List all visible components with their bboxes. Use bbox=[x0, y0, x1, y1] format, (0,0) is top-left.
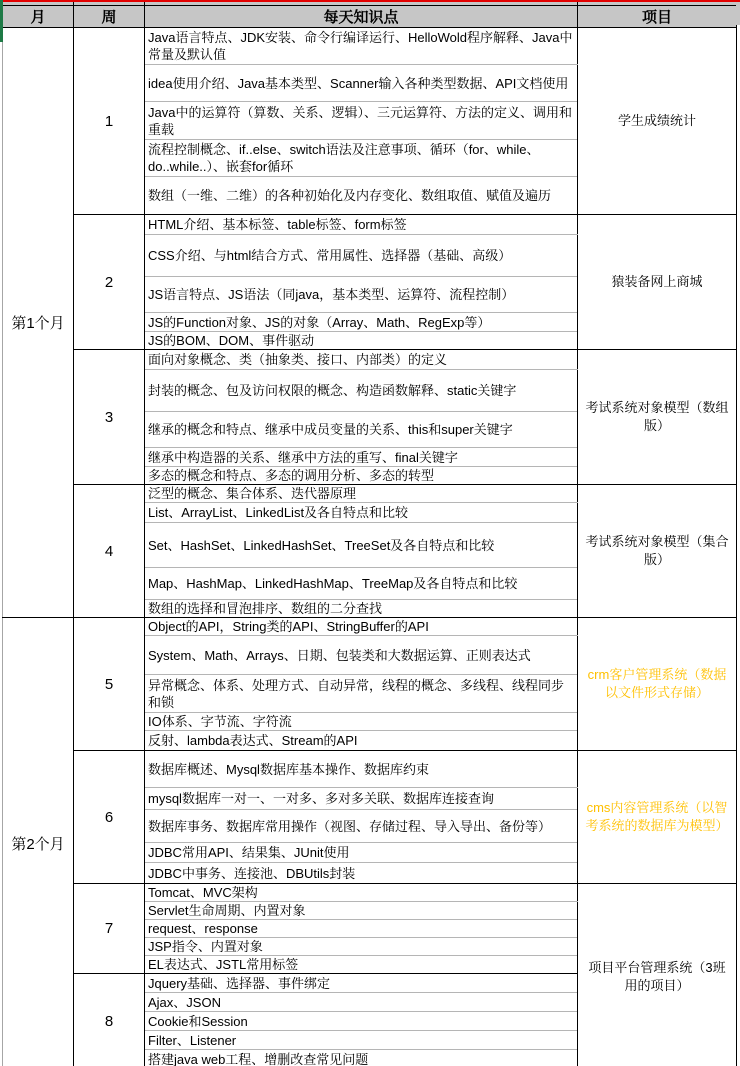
project-cell[interactable]: 猿装备网上商城 bbox=[578, 215, 737, 350]
project-cell[interactable]: 考试系统对象模型（数组版） bbox=[578, 350, 737, 485]
topic-cell[interactable]: Java语言特点、JDK安装、命令行编译运行、HelloWold程序解释、Jav… bbox=[145, 28, 578, 65]
topic-cell[interactable]: JS的BOM、DOM、事件驱动 bbox=[145, 332, 578, 350]
curriculum-table: 月 周 每天知识点 项目 第1个月 1 Java语言特点、JDK安装、命令行编译… bbox=[2, 0, 737, 1066]
project-cell[interactable]: cms内容管理系统（以智考系统的数据库为模型） bbox=[578, 751, 737, 884]
month-cell[interactable]: 第2个月 bbox=[3, 618, 74, 1066]
topic-cell[interactable]: JDBC常用API、结果集、JUnit使用 bbox=[145, 843, 578, 863]
topic-cell[interactable]: request、response bbox=[145, 920, 578, 938]
topic-cell[interactable]: 泛型的概念、集合体系、迭代器原理 bbox=[145, 485, 578, 503]
topic-cell[interactable]: idea使用介绍、Java基本类型、Scanner输入各种类型数据、API文档使… bbox=[145, 65, 578, 102]
topic-cell[interactable]: System、Math、Arrays、日期、包装类和大数据运算、正则表达式 bbox=[145, 636, 578, 675]
topic-cell[interactable]: 封装的概念、包及访问权限的概念、构造函数解释、static关键字 bbox=[145, 370, 578, 412]
topic-cell[interactable]: Ajax、JSON bbox=[145, 993, 578, 1012]
topic-cell[interactable]: Jquery基础、选择器、事件绑定 bbox=[145, 974, 578, 993]
red-bottom-line bbox=[0, 0, 740, 2]
table-row: 6 数据库概述、Mysql数据库基本操作、数据库约束 cms内容管理系统（以智考… bbox=[3, 751, 737, 788]
project-cell[interactable]: 项目平台管理系统（3班用的项目） bbox=[578, 884, 737, 1066]
topic-cell[interactable]: HTML介绍、基本标签、table标签、form标签 bbox=[145, 215, 578, 235]
week-cell[interactable]: 5 bbox=[74, 618, 145, 751]
week-cell[interactable]: 8 bbox=[74, 974, 145, 1066]
project-cell[interactable]: 学生成绩统计 bbox=[578, 28, 737, 215]
topic-cell[interactable]: Servlet生命周期、内置对象 bbox=[145, 902, 578, 920]
topic-cell[interactable]: Map、HashMap、LinkedHashMap、TreeMap及各自特点和比… bbox=[145, 568, 578, 600]
topic-cell[interactable]: 数据库概述、Mysql数据库基本操作、数据库约束 bbox=[145, 751, 578, 788]
table-row: 4 泛型的概念、集合体系、迭代器原理 考试系统对象模型（集合版） bbox=[3, 485, 737, 503]
header-month[interactable]: 月 bbox=[3, 6, 74, 28]
table-row: 2 HTML介绍、基本标签、table标签、form标签 猿装备网上商城 bbox=[3, 215, 737, 235]
topic-cell[interactable]: 继承中构造器的关系、继承中方法的重写、final关键字 bbox=[145, 448, 578, 467]
topic-cell[interactable]: List、ArrayList、LinkedList及各自特点和比较 bbox=[145, 503, 578, 523]
week-cell[interactable]: 2 bbox=[74, 215, 145, 350]
topic-cell[interactable]: 数组（一维、二维）的各种初始化及内存变化、数组取值、赋值及遍历 bbox=[145, 177, 578, 215]
topic-cell[interactable]: JS的Function对象、JS的对象（Array、Math、RegExp等） bbox=[145, 313, 578, 332]
week-cell[interactable]: 6 bbox=[74, 751, 145, 884]
topic-cell[interactable]: 多态的概念和特点、多态的调用分析、多态的转型 bbox=[145, 467, 578, 485]
topic-cell[interactable]: 继承的概念和特点、继承中成员变量的关系、this和super关键字 bbox=[145, 412, 578, 448]
topic-cell[interactable]: Java中的运算符（算数、关系、逻辑）、三元运算符、方法的定义、调用和重载 bbox=[145, 102, 578, 140]
topic-cell[interactable]: CSS介绍、与html结合方式、常用属性、选择器（基础、高级） bbox=[145, 235, 578, 277]
table-row: 3 面向对象概念、类（抽象类、接口、内部类）的定义 考试系统对象模型（数组版） bbox=[3, 350, 737, 370]
topic-cell[interactable]: 数组的选择和冒泡排序、数组的二分查找 bbox=[145, 600, 578, 618]
project-cell[interactable]: 考试系统对象模型（集合版） bbox=[578, 485, 737, 618]
spreadsheet-screenshot: 月 周 每天知识点 项目 第1个月 1 Java语言特点、JDK安装、命令行编译… bbox=[0, 0, 740, 1066]
week-cell[interactable]: 3 bbox=[74, 350, 145, 485]
topic-cell[interactable]: Set、HashSet、LinkedHashSet、TreeSet及各自特点和比… bbox=[145, 523, 578, 568]
topic-cell[interactable]: mysql数据库一对一、一对多、多对多关联、数据库连接查询 bbox=[145, 788, 578, 810]
month-cell[interactable]: 第1个月 bbox=[3, 28, 74, 618]
project-cell[interactable]: crm客户管理系统（数据以文件形式存储） bbox=[578, 618, 737, 751]
week-cell[interactable]: 4 bbox=[74, 485, 145, 618]
header-week[interactable]: 周 bbox=[74, 6, 145, 28]
week-cell[interactable]: 1 bbox=[74, 28, 145, 215]
topic-cell[interactable]: Filter、Listener bbox=[145, 1031, 578, 1050]
topic-cell[interactable]: 反射、lambda表达式、Stream的API bbox=[145, 731, 578, 751]
topic-cell[interactable]: Object的API，String类的API、StringBuffer的API bbox=[145, 618, 578, 636]
header-project[interactable]: 项目 bbox=[578, 6, 737, 28]
header-topics[interactable]: 每天知识点 bbox=[145, 6, 578, 28]
right-cutoff-column-sliver bbox=[736, 0, 740, 25]
topic-cell[interactable]: JDBC中事务、连接池、DBUtils封装 bbox=[145, 863, 578, 884]
topic-cell[interactable]: 异常概念、体系、处理方式、自动异常，线程的概念、多线程、线程同步和锁 bbox=[145, 675, 578, 713]
week-cell[interactable]: 7 bbox=[74, 884, 145, 974]
topic-cell[interactable]: 流程控制概念、if..else、switch语法及注意事项、循环（for、whi… bbox=[145, 140, 578, 177]
topic-cell[interactable]: 面向对象概念、类（抽象类、接口、内部类）的定义 bbox=[145, 350, 578, 370]
topic-cell[interactable]: Cookie和Session bbox=[145, 1012, 578, 1031]
topic-cell[interactable]: JSP指令、内置对象 bbox=[145, 938, 578, 956]
topic-cell[interactable]: IO体系、字节流、字符流 bbox=[145, 713, 578, 731]
table-row: 第2个月 5 Object的API，String类的API、StringBuff… bbox=[3, 618, 737, 636]
topic-cell[interactable]: 搭建java web工程、增删改查常见问题 bbox=[145, 1050, 578, 1066]
topic-cell[interactable]: 数据库事务、数据库常用操作（视图、存储过程、导入导出、备份等） bbox=[145, 810, 578, 843]
green-edge-marker bbox=[0, 0, 3, 42]
header-row: 月 周 每天知识点 项目 bbox=[3, 6, 737, 28]
topic-cell[interactable]: JS语言特点、JS语法（同java，基本类型、运算符、流程控制） bbox=[145, 277, 578, 313]
topic-cell[interactable]: EL表达式、JSTL常用标签 bbox=[145, 956, 578, 974]
table-row: 第1个月 1 Java语言特点、JDK安装、命令行编译运行、HelloWold程… bbox=[3, 28, 737, 65]
table-row: 7 Tomcat、MVC架构 项目平台管理系统（3班用的项目） bbox=[3, 884, 737, 902]
topic-cell[interactable]: Tomcat、MVC架构 bbox=[145, 884, 578, 902]
